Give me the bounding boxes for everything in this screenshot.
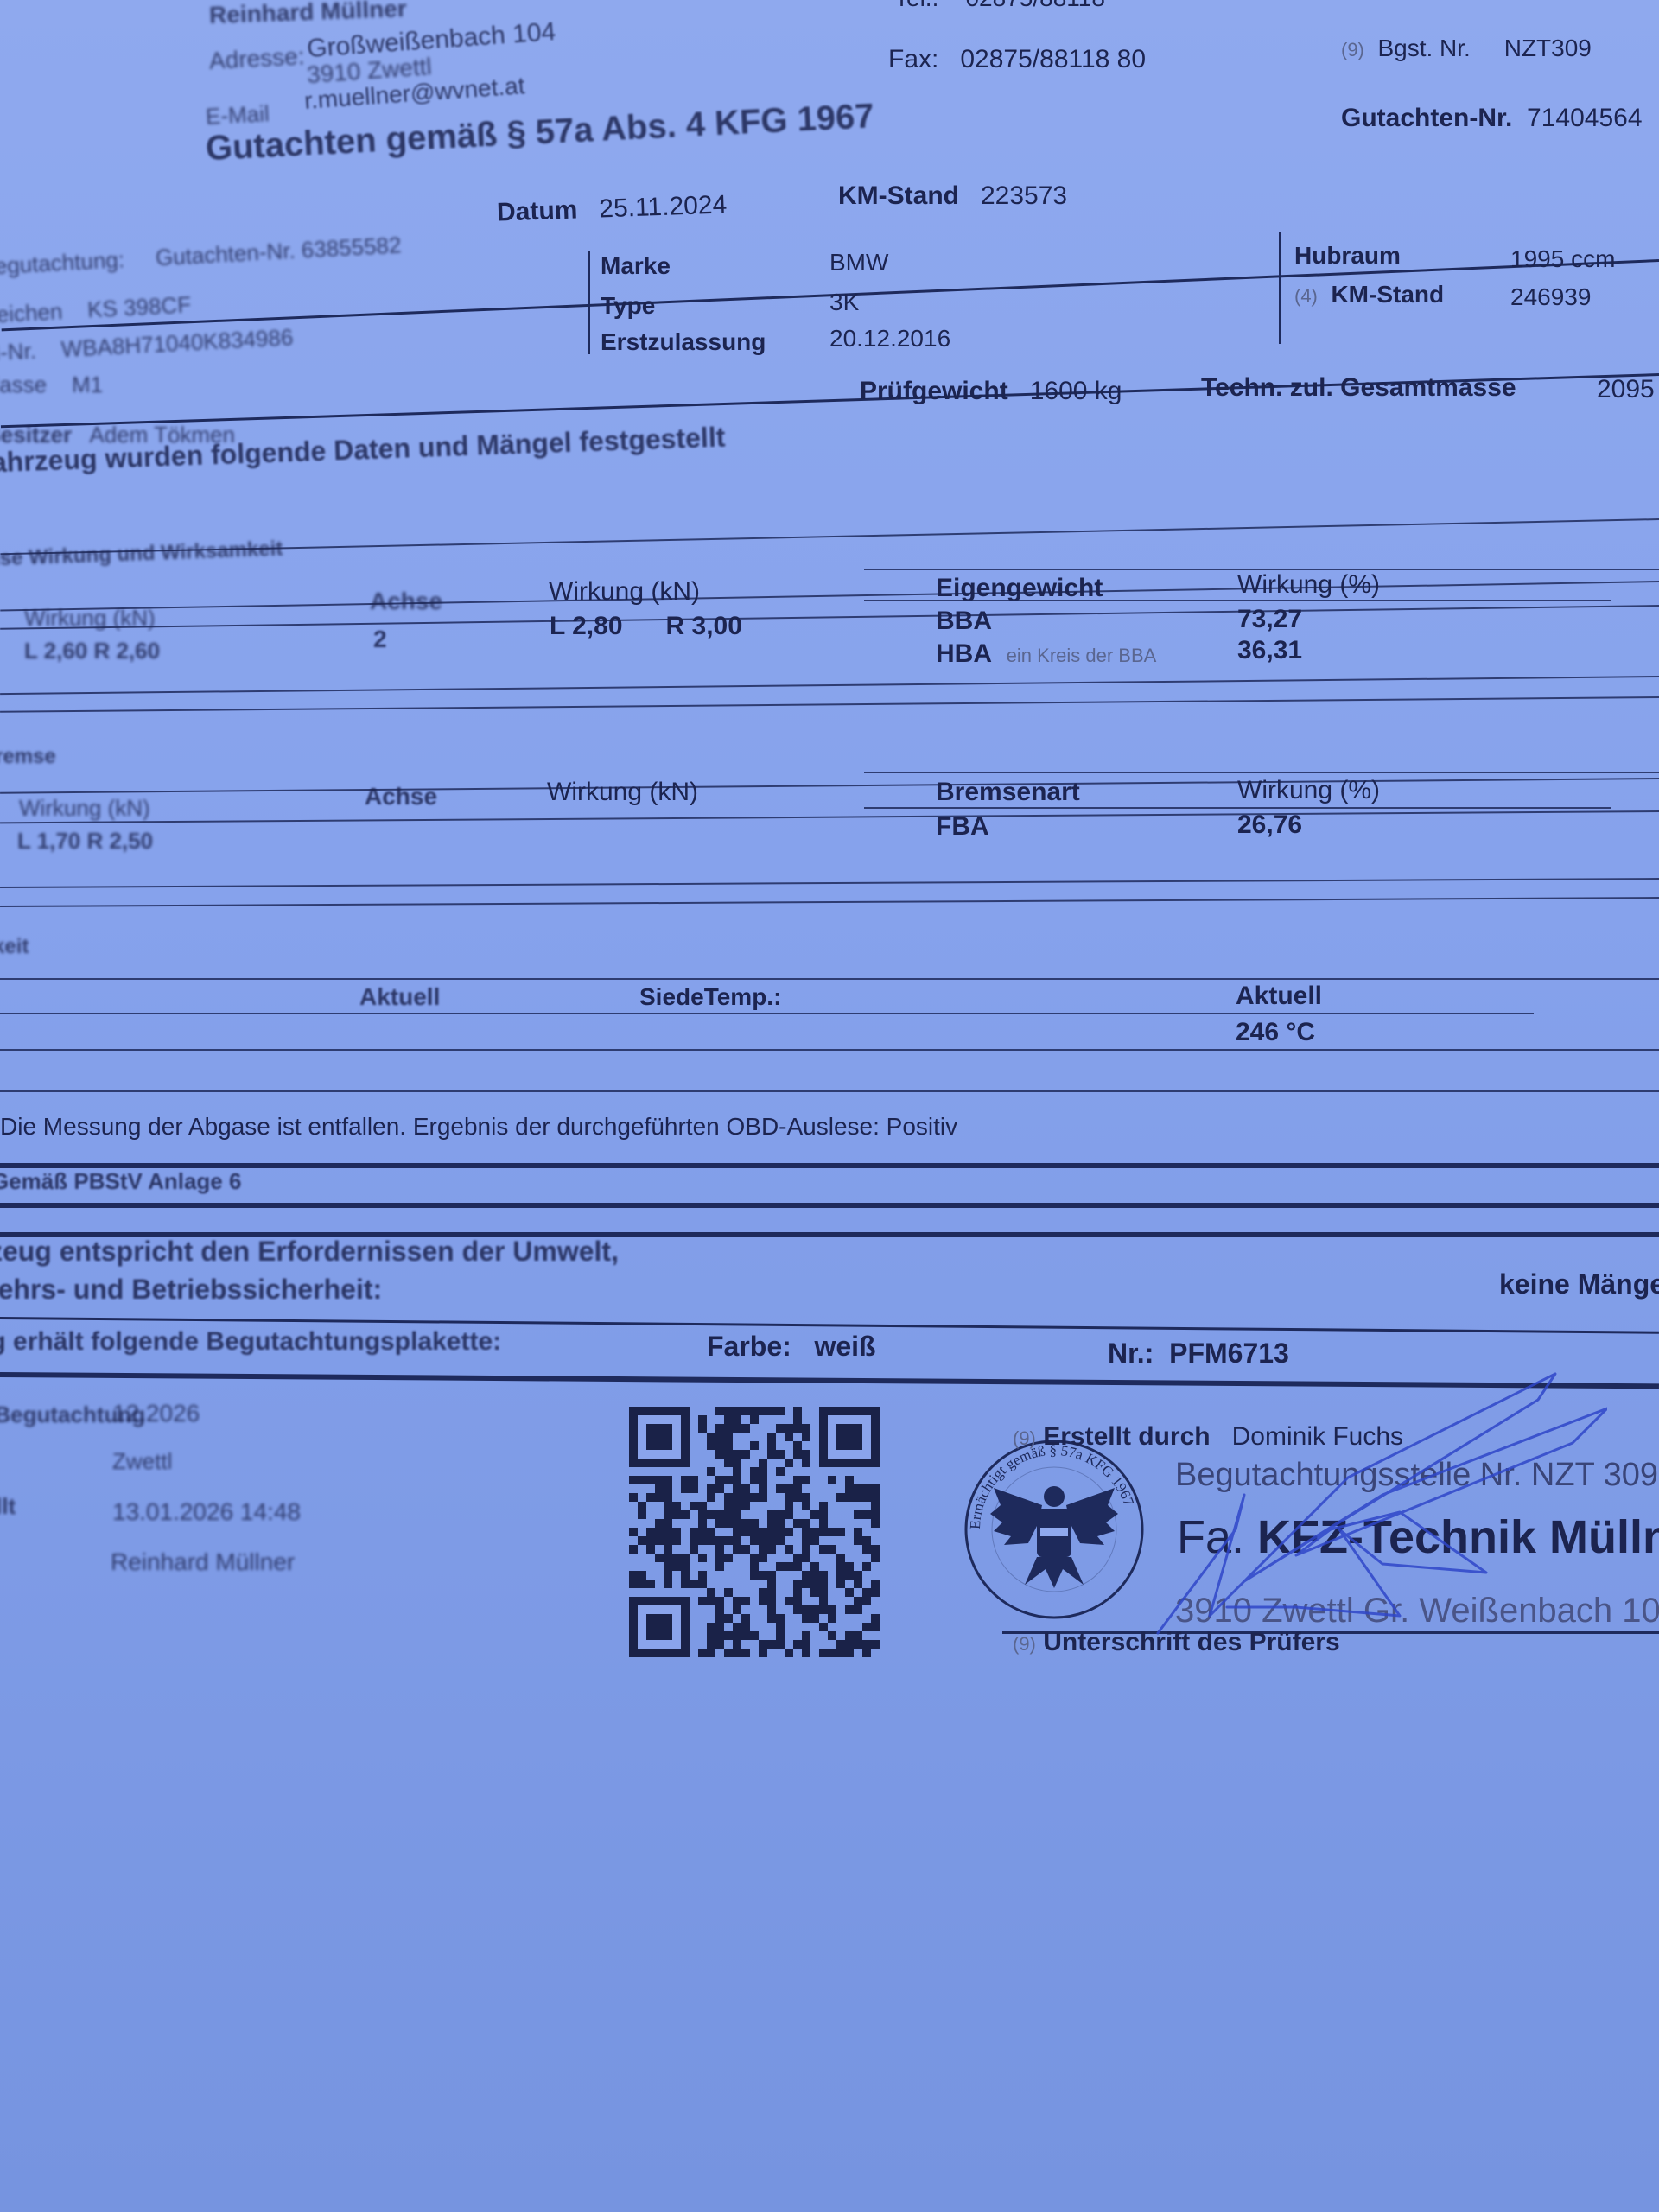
siedetemp-header: SiedeTemp.: [639,983,781,1011]
plakette-color-value: weiß [814,1331,875,1362]
axle2-left-value: L 2,80 [550,612,623,640]
km-stand-vehicle-row: (4) KM-Stand [1294,281,1444,308]
previous-inspection-label: Vorbegutachtung: [0,246,125,282]
wirkung-percent-header: Wirkung (%) [1237,570,1380,600]
created-label: Erstellt [0,1493,16,1520]
divider [1279,232,1281,344]
previous-inspection-value: Gutachten-Nr. 63855582 [155,232,402,270]
tel-value: 02875/88118 [965,0,1104,11]
address-label: Adresse: [208,42,305,75]
service-axle2-header: Wirkung (kN) [549,577,700,607]
bremsenart-header: Bremsenart [936,778,1080,807]
footnote-marker: (9) [1341,39,1364,60]
divider [864,807,1611,809]
hba-label: HBA [936,639,992,668]
fax-row: Fax: 02875/88118 80 [888,45,1146,74]
fluid-aktuell-header: Aktuell [359,983,440,1011]
created-by-value: Reinhard Müllner [111,1548,295,1576]
parking-brake-heading: Feststellbremse [0,745,56,769]
class-label: Klasse [0,372,47,397]
pruefgewicht-value: 1600 kg [1030,377,1122,405]
bba-label: BBA [936,607,992,636]
service-axle-header: Achse [370,588,442,615]
divider [0,1013,1534,1014]
emissions-text: Die Messung der Abgase ist entfallen. Er… [0,1113,957,1141]
divider [0,1090,1659,1092]
divider [864,772,1659,773]
report-number-value: 71404564 [1527,104,1642,132]
place-value: Zwettl [112,1448,172,1475]
divider [0,1049,1659,1051]
tel-label: Tel.: [894,0,938,11]
pruefgewicht-label: Prüfgewicht [860,377,1008,405]
divider [0,581,1659,612]
type-value: 3K [829,289,859,316]
divider [0,978,1659,980]
divider [0,897,1659,907]
conclusion-line2: Verkehrs- und Betriebssicherheit: [0,1274,382,1306]
divider [864,600,1611,601]
report-number-row: Gutachten-Nr. 71404564 [1341,104,1643,133]
service-axle1-values: L 2,60 R 2,60 [24,638,160,664]
class-row: Klasse M1 [0,372,103,398]
marke-label: Marke [601,252,671,280]
siedetemp-value: 246 °C [1236,1018,1315,1047]
gesamtmasse-label: Techn. zul. Gesamtmasse [1201,373,1516,403]
fax-value: 02875/88118 80 [960,45,1146,73]
axle2-right-value: R 3,00 [666,612,742,640]
email-label: E-Mail [205,100,270,130]
tel-row: Tel.: 02875/88118 [894,0,1105,12]
divider [588,251,590,354]
divider [0,1203,1659,1208]
parking-axle2-header: Wirkung (kN) [547,778,698,807]
hba-value: 36,31 [1237,636,1302,665]
hubraum-value: 1995 ccm [1510,245,1615,273]
erstzulassung-label: Erstzulassung [601,328,766,356]
parking-axle1-values: L 1,70 R 2,50 [17,828,153,855]
hba-note: ein Kreis der BBA [1007,645,1157,666]
type-label: Type [601,292,655,320]
service-axle2-values: L 2,80 R 3,00 [550,612,742,641]
plakette-label: Das Fahrzeug erhält folgende Begutachtun… [0,1327,501,1357]
divider [0,1163,1659,1168]
created-value: 13.01.2026 14:48 [112,1498,301,1526]
eigengewicht-header: Eigengewicht [936,574,1103,603]
bgst-row: (9) Bgst. Nr. NZT309 [1341,35,1592,62]
hubraum-label: Hubraum [1294,242,1401,270]
divider [0,605,1659,630]
conclusion-line1: Das Fahrzeug entspricht den Erforderniss… [0,1236,619,1268]
km-stand-label: KM-Stand [838,181,959,210]
fax-label: Fax: [888,45,938,73]
km-stand-value: 223573 [981,181,1067,210]
next-inspection-value: 12.2026 [112,1400,200,1427]
datum-label: Datum [496,195,577,226]
service-brake-heading: Betriebsbremse Wirkung und Wirksamkeit [0,537,283,576]
handwritten-signature-icon [1123,1357,1607,1650]
company-name: Reinhard Müllner [209,0,408,29]
vin-row: FIN-Nr. WBA8H71040K834986 [0,324,294,368]
official-seal-icon: Ermächtigt gemäß § 57a KFG 1967 [959,1434,1149,1624]
parking-axle1-header: Wirkung (kN) [19,795,150,822]
footnote-marker: (9) [1013,1427,1036,1449]
bgst-value: NZT309 [1504,35,1592,61]
plate-value: KS 398CF [86,291,191,322]
divider [0,696,1659,713]
pruefgewicht-row: Prüfgewicht 1600 kg [860,377,1122,406]
km-stand-vehicle-value: 246939 [1510,283,1591,311]
service-axle-number: 2 [373,626,387,653]
km-stand-row: KM-Stand 223573 [838,181,1067,211]
divider [0,810,1659,823]
divider [0,676,1659,695]
report-number-label: Gutachten-Nr. [1341,104,1512,132]
class-value: M1 [72,372,103,397]
plakette-color-label: Farbe: [707,1331,791,1362]
hba-row: HBA ein Kreis der BBA [936,639,1156,669]
fba-value: 26,76 [1237,810,1302,840]
qr-code [629,1407,880,1657]
divider [0,878,1659,888]
previous-inspection-row: Vorbegutachtung: Gutachten-Nr. 63855582 [0,232,402,282]
footnote-marker: (4) [1294,285,1318,307]
fluid-aktuell2-header: Aktuell [1236,982,1322,1011]
brake-fluid-heading: Bremsflüssigkeit [0,935,29,959]
marke-value: BMW [829,249,888,276]
vin-label: FIN-Nr. [0,338,37,367]
parking-axle-header: Achse [365,783,437,810]
km-stand-vehicle-label: KM-Stand [1331,281,1444,308]
fba-label: FBA [936,812,989,842]
vin-value: WBA8H71040K834986 [60,324,294,362]
bba-value: 73,27 [1237,605,1302,634]
pbstv-text: Gemäß PBStV Anlage 6 [0,1168,241,1195]
datum-value: 25.11.2024 [599,190,728,223]
divider [0,778,1659,794]
erstzulassung-value: 20.12.2016 [829,325,950,353]
footnote-marker: (9) [1013,1633,1036,1655]
gesamtmasse-value: 2095 [1597,375,1655,404]
conclusion-result: keine Mängel [1499,1268,1659,1300]
plakette-color-row: Farbe: weiß [707,1331,876,1363]
parking-wirkung-percent-header: Wirkung (%) [1237,776,1380,805]
datum-row: Datum 25.11.2024 [496,190,727,227]
bgst-label: Bgst. Nr. [1377,35,1470,61]
